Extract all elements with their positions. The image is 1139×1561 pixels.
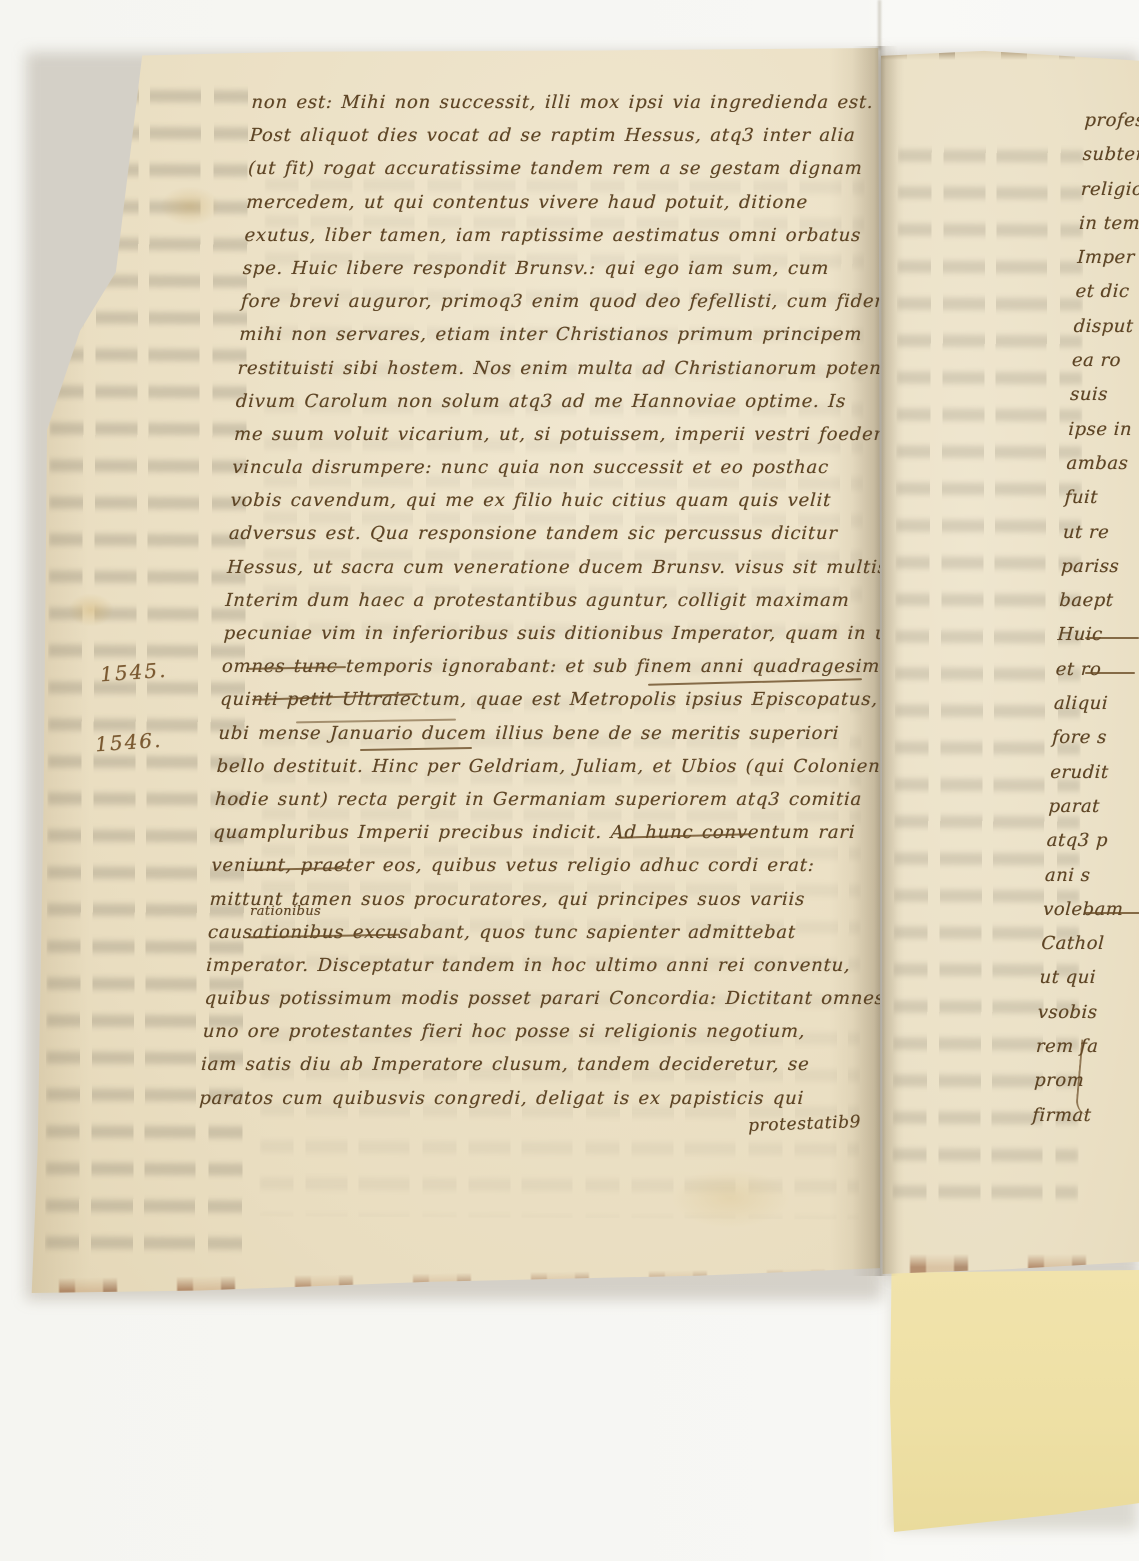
manuscript-line-fragment: et ro bbox=[1054, 659, 1139, 693]
manuscript-line-fragment: suis bbox=[1069, 384, 1139, 418]
manuscript-photo: non est: Mihi non successit, illi mox ip… bbox=[0, 0, 1139, 1561]
manuscript-line: imperator. Disceptatur tandem in hoc ult… bbox=[205, 955, 847, 988]
manuscript-line: omnes tunc temporis ignorabant: et sub f… bbox=[221, 656, 863, 689]
manuscript-line: ubi mense Januario ducem illius bene de … bbox=[217, 723, 859, 756]
manuscript-line: non est: Mihi non successit, illi mox ip… bbox=[250, 92, 892, 125]
manuscript-line-fragment: volebam bbox=[1042, 899, 1134, 933]
interlinear-insertion: rationibus bbox=[250, 904, 321, 919]
manuscript-line-fragment: erudit bbox=[1049, 762, 1139, 796]
manuscript-line-fragment: ut re bbox=[1062, 522, 1139, 556]
manuscript-line: Hessus, ut sacra cum veneratione ducem B… bbox=[226, 557, 868, 590]
manuscript-line-fragment: ipse in bbox=[1067, 419, 1139, 453]
manuscript-line-fragment: ambas bbox=[1065, 453, 1139, 487]
manuscript-line-fragment: ea ro bbox=[1071, 350, 1139, 384]
manuscript-line: adversus est. Qua responsione tandem sic… bbox=[228, 523, 870, 556]
manuscript-line: quinti petit Ultraiectum, quae est Metro… bbox=[219, 689, 861, 722]
manuscript-line: bello destituit. Hinc per Geldriam, Juli… bbox=[215, 756, 857, 789]
manuscript-line-fragment: Huic bbox=[1056, 624, 1139, 658]
manuscript-line-fragment: Imper bbox=[1076, 247, 1139, 281]
paper-stain bbox=[670, 1168, 790, 1228]
manuscript-line: me suum voluit vicarium, ut, si potuisse… bbox=[233, 424, 875, 457]
manuscript-line-fragment: aliqui bbox=[1053, 693, 1139, 727]
manuscript-line-fragment: ani s bbox=[1044, 865, 1136, 899]
manuscript-line: Post aliquot dies vocat ad se raptim Hes… bbox=[249, 125, 891, 158]
manuscript-line: (ut fit) rogat accuratissime tandem rem … bbox=[247, 158, 889, 191]
manuscript-line-fragment: firmat bbox=[1031, 1105, 1123, 1139]
manuscript-line: divum Carolum non solum atq3 ad me Hanno… bbox=[235, 391, 877, 424]
manuscript-line-fragment: fore s bbox=[1051, 727, 1139, 761]
right-page: professubterreligioin temImperet dicdisp… bbox=[881, 46, 1139, 1274]
manuscript-line-fragment: vsobis bbox=[1036, 1002, 1128, 1036]
manuscript-line-fragment: subter bbox=[1081, 144, 1139, 178]
strikethrough-mark bbox=[1085, 637, 1139, 639]
manuscript-line: mihi non servares, etiam inter Christian… bbox=[238, 324, 880, 357]
catchword: protestatib9 bbox=[748, 1112, 862, 1136]
manuscript-line-fragment: disput bbox=[1072, 316, 1139, 350]
manuscript-line-fragment: parat bbox=[1047, 796, 1139, 830]
manuscript-line-fragment: baept bbox=[1058, 590, 1139, 624]
manuscript-line: vincula disrumpere: nunc quia non succes… bbox=[231, 457, 873, 490]
manuscript-line-fragment: in tem bbox=[1078, 213, 1139, 247]
yellow-sheet bbox=[889, 1270, 1139, 1532]
manuscript-line: mercedem, ut qui contentus vivere haud p… bbox=[245, 192, 887, 225]
manuscript-line: uno ore protestantes fieri hoc posse si … bbox=[202, 1021, 844, 1054]
paper-stain bbox=[160, 186, 220, 226]
manuscript-line-fragment: et dic bbox=[1074, 281, 1139, 315]
strikethrough-mark bbox=[1085, 912, 1139, 914]
manuscript-line-fragment: Cathol bbox=[1040, 933, 1132, 967]
manuscript-line: restituisti sibi hostem. Nos enim multa … bbox=[236, 358, 878, 391]
manuscript-line: hodie sunt) recta pergit in Germaniam su… bbox=[214, 789, 856, 822]
manuscript-line: quibus potissimum modis posset parari Co… bbox=[203, 988, 845, 1021]
manuscript-line: quampluribus Imperii precibus indicit. A… bbox=[212, 822, 854, 855]
fold-seam bbox=[878, 0, 881, 50]
manuscript-line: veniunt, praeter eos, quibus vetus relig… bbox=[210, 855, 852, 888]
manuscript-line-fragment: atq3 p bbox=[1045, 830, 1137, 864]
manuscript-line: fore brevi auguror, primoq3 enim quod de… bbox=[240, 291, 882, 324]
manuscript-line-fragment: profes bbox=[1083, 110, 1139, 144]
right-page-text-column: professubterreligioin temImperet dicdisp… bbox=[1031, 110, 1139, 1139]
paper-stain bbox=[68, 593, 114, 627]
strikethrough-mark bbox=[1085, 672, 1135, 674]
manuscript-line-fragment: pariss bbox=[1060, 556, 1139, 590]
manuscript-line-fragment: fuit bbox=[1063, 487, 1139, 521]
manuscript-line-fragment: religio bbox=[1080, 179, 1139, 213]
left-page: non est: Mihi non successit, illi mox ip… bbox=[30, 48, 880, 1293]
manuscript-line-fragment: ut qui bbox=[1038, 967, 1130, 1001]
manuscript-line: iam satis diu ab Imperatore clusum, tand… bbox=[200, 1054, 842, 1087]
margin-date-1546: 1546. bbox=[94, 728, 163, 757]
main-text-block: non est: Mihi non successit, illi mox ip… bbox=[198, 92, 892, 1121]
manuscript-line: vobis cavendum, qui me ex filio huic cit… bbox=[229, 490, 871, 523]
manuscript-line: pecuniae vim in inferioribus suis dition… bbox=[222, 623, 864, 656]
manuscript-line: exutus, liber tamen, iam raptissime aest… bbox=[243, 225, 885, 258]
manuscript-line: spe. Huic libere respondit Brunsv.: qui … bbox=[242, 258, 884, 291]
manuscript-line: paratos cum quibusvis congredi, deligat … bbox=[198, 1088, 840, 1121]
manuscript-line: causationibus excusabant, quos tunc sapi… bbox=[207, 922, 849, 955]
margin-date-1545: 1545. bbox=[99, 658, 168, 687]
manuscript-line: Interim dum haec a protestantibus aguntu… bbox=[224, 590, 866, 623]
